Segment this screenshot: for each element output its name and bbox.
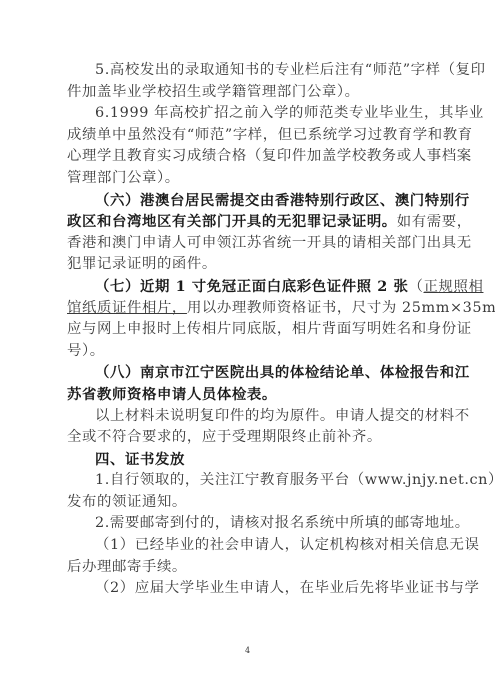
section-6-note: 如有需要， xyxy=(397,214,472,230)
section-6-line-4: 犯罪记录证明的函件。 xyxy=(67,254,429,276)
section-7-heading: （七）近期 1 寸免冠正面白底彩色证件照 2 张 xyxy=(95,278,409,295)
paragraph-5-line-2: 件加盖毕业学校招生或学籍管理部门公章）。 xyxy=(67,82,429,104)
issuance-subitem-1-line-2: 后办理邮寄手续。 xyxy=(67,557,429,579)
issuance-subitem-1-line-1: （1）已经毕业的社会申请人，认定机构核对相关信息无误 xyxy=(67,535,429,557)
paragraph-5-line-1: 5.高校发出的录取通知书的专业栏后注有“师范”字样（复印 xyxy=(67,60,429,82)
materials-note-line-2: 全或不符合要求的，应于受理期限终止前补齐。 xyxy=(67,427,429,449)
photo-size-text: 用以办理教师资格证书，尺寸为 25mm×35mm, xyxy=(187,300,495,316)
section-6-heading-line-1: （六）港澳台居民需提交由香港特别行政区、澳门特别行 xyxy=(67,190,429,212)
page-number: 4 xyxy=(0,646,495,655)
materials-note-line-1: 以上材料未说明复印件的均为原件。申请人提交的材料不 xyxy=(67,406,429,428)
issuance-item-2-line-1: 2.需要邮寄到付的，请核对报名系统中所填的邮寄地址。 xyxy=(67,513,429,535)
section-7-line-4: 号）。 xyxy=(67,341,429,363)
issuance-subitem-2-line-1: （2）应届大学毕业生申请人，在毕业后先将毕业证书与学 xyxy=(67,578,429,600)
section-6-heading-line-2: 政区和台湾地区有关部门开具的无犯罪记录证明。 xyxy=(67,213,397,230)
photo-requirement-underline-2: 馆纸质证件相片， xyxy=(67,300,187,316)
document-page: 5.高校发出的录取通知书的专业栏后注有“师范”字样（复印 件加盖毕业学校招生或学… xyxy=(67,60,429,600)
paragraph-6-line-1: 6.1999 年高校扩招之前入学的师范类专业毕业生，其毕业 xyxy=(67,103,429,125)
section-heading-certificate-issuance: 四、证书发放 xyxy=(67,449,429,471)
section-6-line-2: 政区和台湾地区有关部门开具的无犯罪记录证明。如有需要， xyxy=(67,211,429,233)
section-8-heading-line-2: 苏省教师资格申请人员体检表。 xyxy=(67,384,429,406)
paren-open: （ xyxy=(409,279,424,295)
paragraph-6-line-3: 心理学且教育实习成绩合格（复印件加盖学校教务或人事档案 xyxy=(67,146,429,168)
issuance-item-1-line-1: 1.自行领取的，关注江宁教育服务平台（www.jnjy.net.cn） xyxy=(67,470,429,492)
paragraph-6-line-2: 成绩单中虽然没有“师范”字样，但已系统学习过教育学和教育 xyxy=(67,125,429,147)
issuance-item-1-line-2: 发布的领证通知。 xyxy=(67,492,429,514)
paragraph-6-line-4: 管理部门公章）。 xyxy=(67,168,429,190)
section-7-line-3: 应与网上申报时上传相片同底版，相片背面写明姓名和身份证 xyxy=(67,319,429,341)
section-8-heading-line-1: （八）南京市江宁医院出具的体检结论单、体检报告和江 xyxy=(67,362,429,384)
photo-requirement-underline-1: 正规照相 xyxy=(424,279,484,295)
section-7-line-1: （七）近期 1 寸免冠正面白底彩色证件照 2 张（正规照相 xyxy=(67,276,429,298)
section-7-line-2: 馆纸质证件相片，用以办理教师资格证书，尺寸为 25mm×35mm, xyxy=(67,298,429,320)
section-6-line-3: 香港和澳门申请人可申领江苏省统一开具的请相关部门出具无 xyxy=(67,233,429,255)
